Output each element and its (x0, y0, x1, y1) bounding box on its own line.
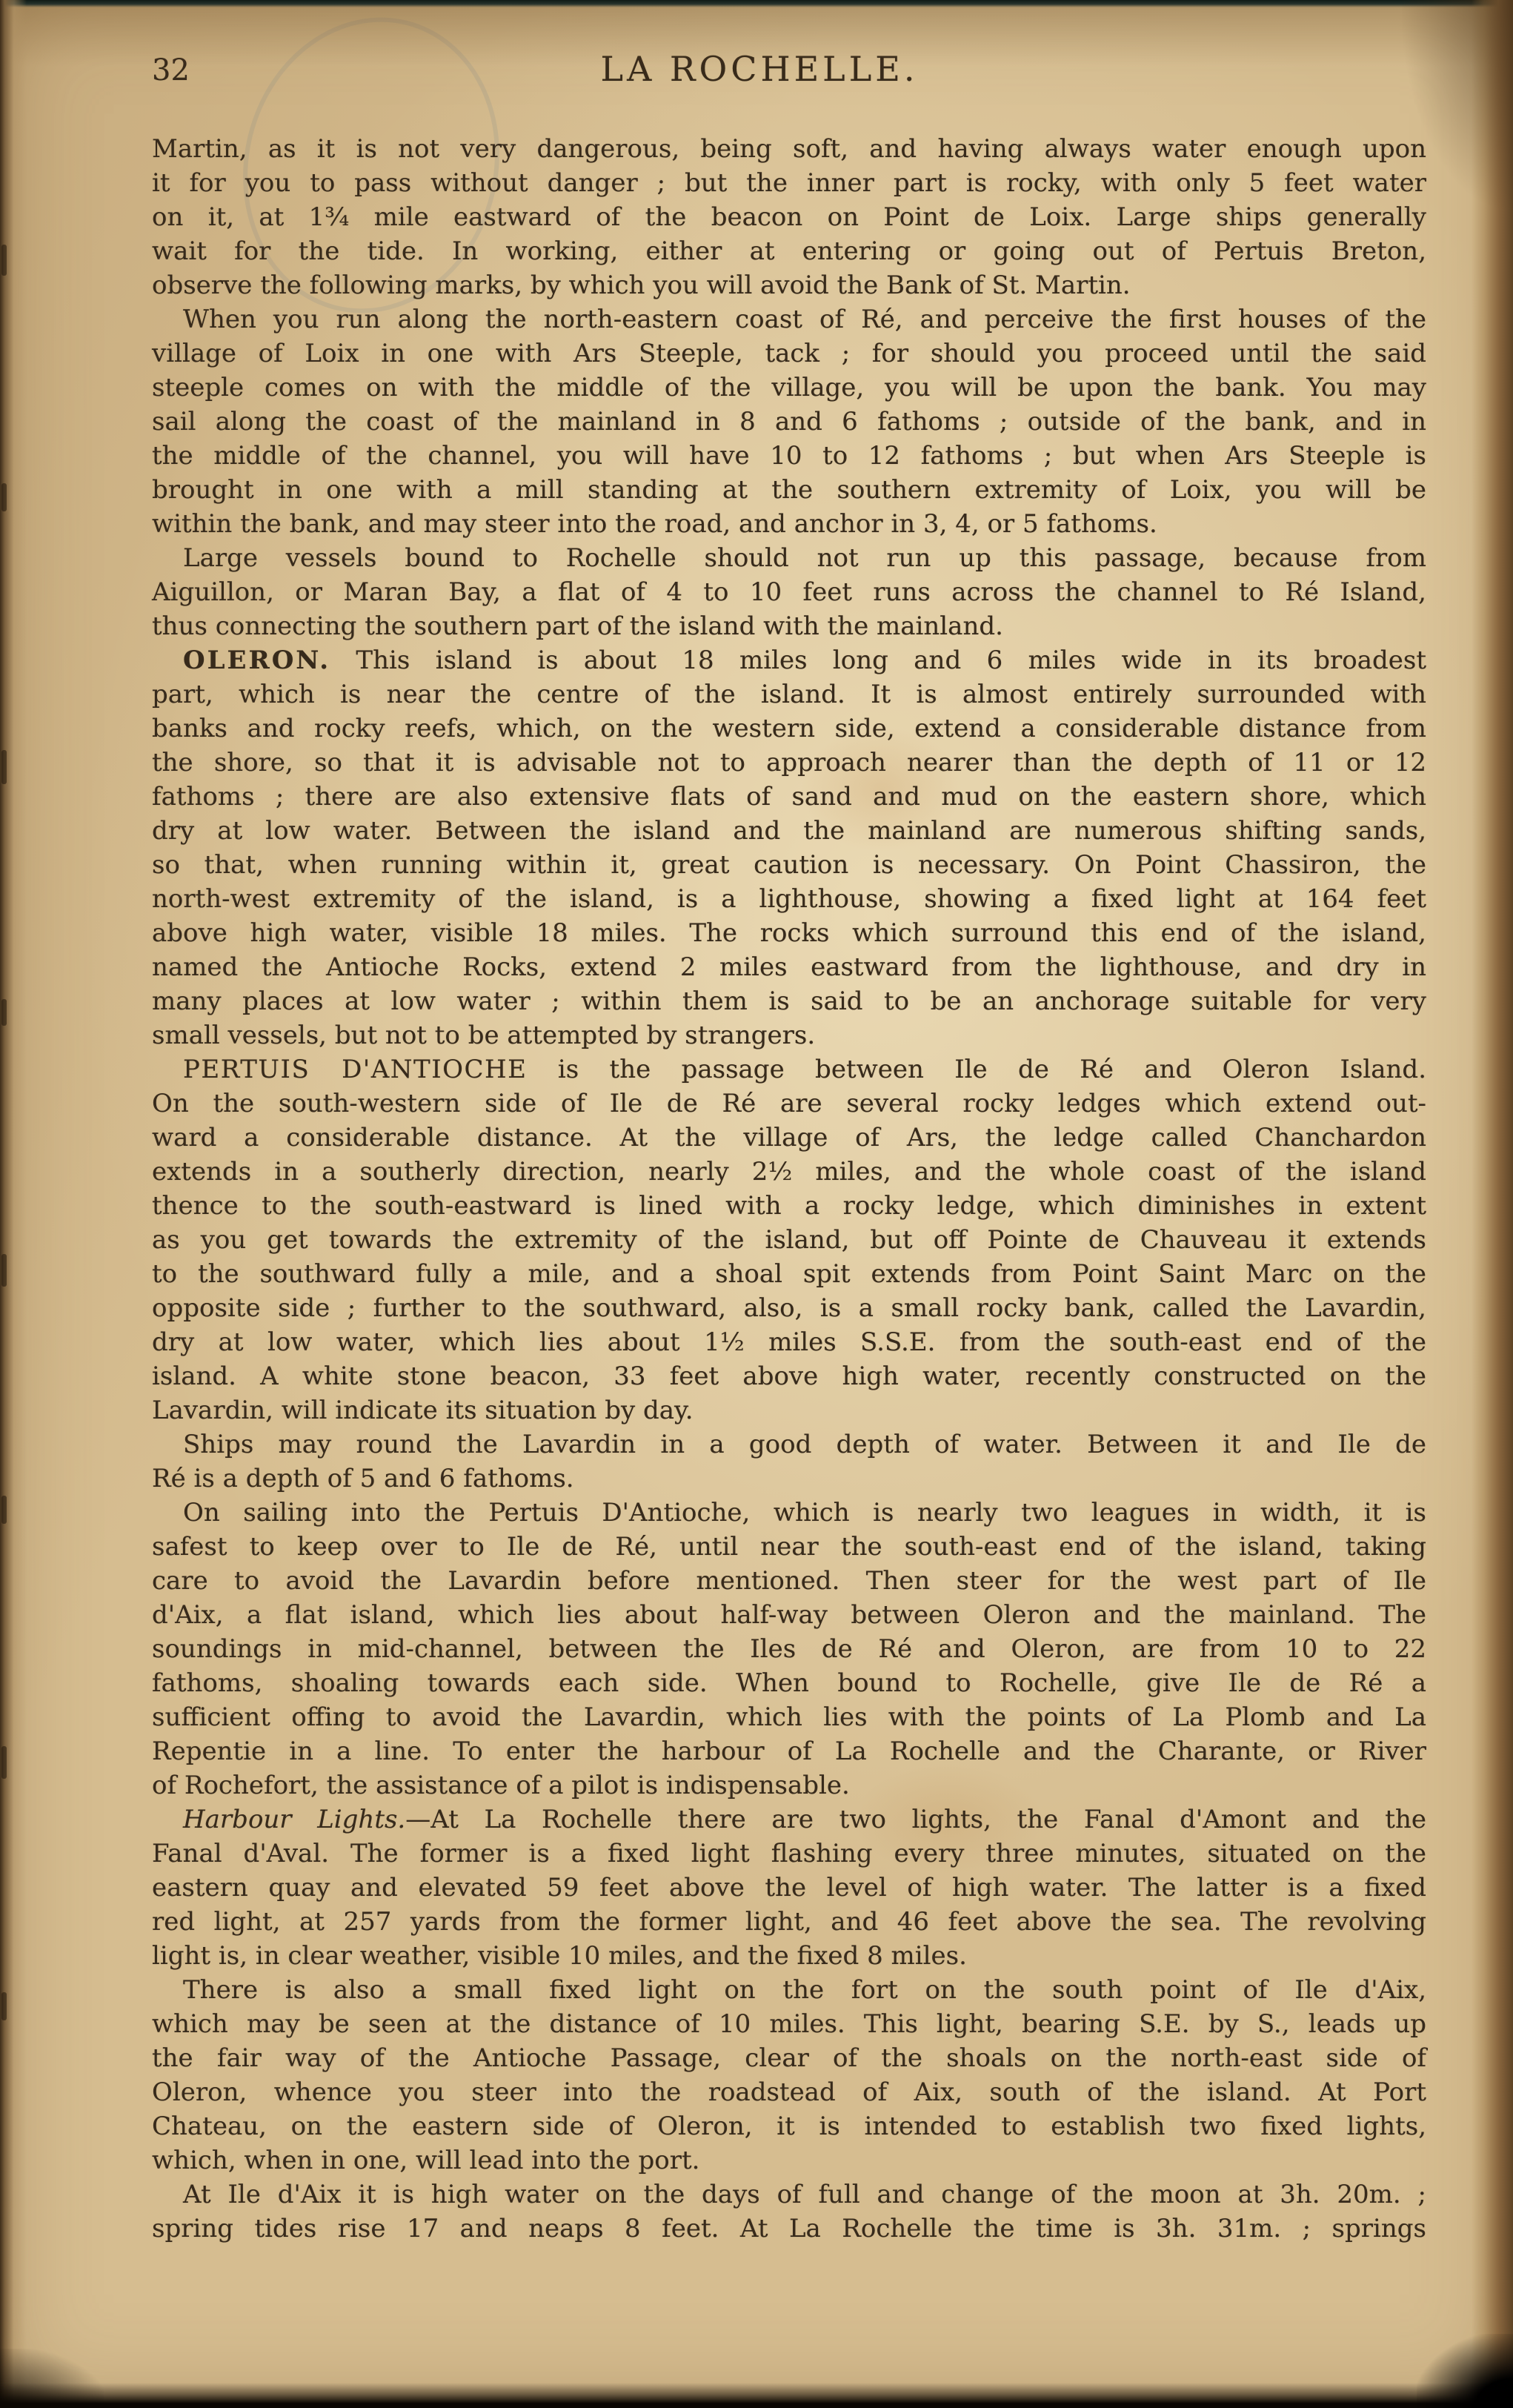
text-segment: Harbour Lights. (183, 1805, 405, 1834)
top-shadow (0, 0, 1513, 67)
text-line: named the Antioche Rocks, extend 2 miles… (152, 950, 1426, 984)
text-segment: above high water, visible 18 miles. The … (152, 918, 1426, 948)
text-segment: on it, at 1¾ mile eastward of the beacon… (152, 202, 1426, 232)
text-line: Repentie in a line. To enter the harbour… (152, 1734, 1426, 1768)
text-segment: At Ile d'Aix it is high water on the day… (183, 2180, 1426, 2209)
text-segment: banks and rocky reefs, which, on the wes… (152, 714, 1426, 743)
paragraph: Ships may round the Lavardin in a good d… (152, 1427, 1426, 1496)
text-line: PERTUIS D'ANTIOCHE is the passage betwee… (152, 1052, 1426, 1087)
text-line: Ré is a depth of 5 and 6 fathoms. (152, 1462, 1426, 1496)
text-segment: Large vessels bound to Rochelle should n… (183, 543, 1426, 573)
text-segment: —At La Rochelle there are two lights, th… (405, 1805, 1426, 1834)
text-line: dry at low water. Between the island and… (152, 814, 1426, 848)
text-line: There is also a small fixed light on the… (152, 1973, 1426, 2007)
text-segment: d'Aix, a flat island, which lies about h… (152, 1600, 1426, 1630)
text-segment: extends in a southerly direction, nearly… (152, 1157, 1426, 1187)
text-segment: opposite side ; further to the southward… (152, 1293, 1426, 1323)
text-segment: many places at low water ; within them i… (152, 986, 1426, 1016)
text-line: thus connecting the southern part of the… (152, 609, 1426, 643)
text-line: On sailing into the Pertuis D'Antioche, … (152, 1496, 1426, 1530)
corner-shadow-bottom-left (0, 2349, 104, 2408)
text-line: of Rochefort, the assistance of a pilot … (152, 1768, 1426, 1802)
text-segment: observe the following marks, by which yo… (152, 271, 1131, 300)
page-edge-bottom (0, 2383, 1513, 2408)
text-line: Fanal d'Aval. The former is a fixed ligh… (152, 1837, 1426, 1871)
paragraph: Harbour Lights.—At La Rochelle there are… (152, 1802, 1426, 1973)
text-segment: This island is about 18 miles long and 6… (330, 646, 1426, 675)
text-line: within the bank, and may steer into the … (152, 507, 1426, 541)
text-segment: Chateau, on the eastern side of Oleron, … (152, 2112, 1426, 2141)
text-line: care to avoid the Lavardin before mentio… (152, 1564, 1426, 1598)
text-line: spring tides rise 17 and neaps 8 feet. A… (152, 2212, 1426, 2246)
text-segment: part, which is near the centre of the is… (152, 680, 1426, 709)
text-line: eastern quay and elevated 59 feet above … (152, 1871, 1426, 1905)
text-line: d'Aix, a flat island, which lies about h… (152, 1598, 1426, 1632)
text-line: as you get towards the extremity of the … (152, 1223, 1426, 1257)
text-segment: Ships may round the Lavardin in a good d… (183, 1430, 1426, 1459)
page-paper: 32 LA ROCHELLE. Martin, as it is not ver… (0, 0, 1513, 2408)
text-line: extends in a southerly direction, nearly… (152, 1155, 1426, 1189)
text-segment: within the bank, and may steer into the … (152, 509, 1157, 539)
text-segment: dry at low water. Between the island and… (152, 816, 1426, 846)
text-line: safest to keep over to Ile de Ré, until … (152, 1530, 1426, 1564)
text-segment: the shore, so that it is advisable not t… (152, 748, 1426, 777)
text-segment: island. A white stone beacon, 33 feet ab… (152, 1361, 1426, 1391)
corner-shadow-bottom-right (1417, 2334, 1513, 2408)
text-segment: PERTUIS D'ANTIOCHE (183, 1055, 528, 1084)
text-segment: which may be seen at the distance of 10 … (152, 2009, 1426, 2039)
text-line: When you run along the north-eastern coa… (152, 302, 1426, 336)
text-segment: soundings in mid-channel, between the Il… (152, 1634, 1426, 1664)
paragraph: Martin, as it is not very dangerous, bei… (152, 132, 1426, 302)
text-segment: Aiguillon, or Maran Bay, a flat of 4 to … (152, 577, 1426, 607)
text-line: steeple comes on with the middle of the … (152, 371, 1426, 405)
text-line: Oleron, whence you steer into the roadst… (152, 2075, 1426, 2109)
text-line: island. A white stone beacon, 33 feet ab… (152, 1359, 1426, 1393)
text-segment: Oleron, whence you steer into the roadst… (152, 2077, 1426, 2107)
text-line: it for you to pass without danger ; but … (152, 166, 1426, 200)
text-line: thence to the south-eastward is lined wi… (152, 1189, 1426, 1223)
text-line: which, when in one, will lead into the p… (152, 2143, 1426, 2178)
text-segment: light is, in clear weather, visible 10 m… (152, 1941, 967, 1971)
text-segment: Martin, as it is not very dangerous, bei… (152, 134, 1426, 164)
text-segment: eastern quay and elevated 59 feet above … (152, 1873, 1426, 1903)
text-segment: Lavardin, will indicate its situation by… (152, 1396, 694, 1425)
text-line: soundings in mid-channel, between the Il… (152, 1632, 1426, 1666)
text-line: Ships may round the Lavardin in a good d… (152, 1427, 1426, 1462)
text-segment: On sailing into the Pertuis D'Antioche, … (183, 1498, 1426, 1528)
text-line: many places at low water ; within them i… (152, 984, 1426, 1018)
text-segment: wait for the tide. In working, either at… (152, 236, 1426, 266)
paragraph: Large vessels bound to Rochelle should n… (152, 541, 1426, 643)
binding-mark (1, 999, 7, 1026)
corner-shadow-top-right (1402, 0, 1513, 208)
text-line: sufficient offing to avoid the Lavardin,… (152, 1700, 1426, 1734)
text-segment: There is also a small fixed light on the… (183, 1975, 1426, 2005)
paragraph: At Ile d'Aix it is high water on the day… (152, 2178, 1426, 2246)
text-segment: steeple comes on with the middle of the … (152, 373, 1426, 402)
text-line: opposite side ; further to the southward… (152, 1291, 1426, 1325)
text-line: ward a considerable distance. At the vil… (152, 1121, 1426, 1155)
page-edge-top (0, 0, 1513, 7)
paragraph: There is also a small fixed light on the… (152, 1973, 1426, 2178)
paragraph: When you run along the north-eastern coa… (152, 302, 1426, 541)
text-line: wait for the tide. In working, either at… (152, 234, 1426, 268)
text-block: Martin, as it is not very dangerous, bei… (152, 132, 1426, 2246)
text-segment: Ré is a depth of 5 and 6 fathoms. (152, 1464, 574, 1493)
text-segment: thence to the south-eastward is lined wi… (152, 1191, 1426, 1221)
text-segment: red light, at 257 yards from the former … (152, 1907, 1426, 1937)
text-segment: dry at low water, which lies about 1½ mi… (152, 1327, 1426, 1357)
text-line: Martin, as it is not very dangerous, bei… (152, 132, 1426, 166)
text-segment: spring tides rise 17 and neaps 8 feet. A… (152, 2214, 1426, 2243)
text-line: the middle of the channel, you will have… (152, 439, 1426, 473)
text-line: brought in one with a mill standing at t… (152, 473, 1426, 507)
paragraph: On sailing into the Pertuis D'Antioche, … (152, 1496, 1426, 1802)
text-line: observe the following marks, by which yo… (152, 268, 1426, 302)
text-segment: Repentie in a line. To enter the harbour… (152, 1737, 1426, 1766)
book-page-scan: 32 LA ROCHELLE. Martin, as it is not ver… (0, 0, 1513, 2408)
text-line: OLERON. This island is about 18 miles lo… (152, 643, 1426, 677)
text-segment: thus connecting the southern part of the… (152, 611, 1003, 641)
text-segment: named the Antioche Rocks, extend 2 miles… (152, 952, 1426, 982)
text-segment: village of Loix in one with Ars Steeple,… (152, 339, 1426, 368)
text-line: above high water, visible 18 miles. The … (152, 916, 1426, 950)
text-line: to the southward fully a mile, and a sho… (152, 1257, 1426, 1291)
text-line: On the south-western side of Ile de Ré a… (152, 1087, 1426, 1121)
text-line: Harbour Lights.—At La Rochelle there are… (152, 1802, 1426, 1837)
text-segment: is the passage between Ile de Ré and Ole… (528, 1055, 1427, 1084)
text-line: part, which is near the centre of the is… (152, 677, 1426, 712)
text-segment: small vessels, but not to be attempted b… (152, 1021, 815, 1050)
text-segment: Fanal d'Aval. The former is a fixed ligh… (152, 1839, 1426, 1868)
text-line: which may be seen at the distance of 10 … (152, 2007, 1426, 2041)
text-segment: safest to keep over to Ile de Ré, until … (152, 1532, 1426, 1562)
text-line: red light, at 257 yards from the former … (152, 1905, 1426, 1939)
binding-mark (1, 483, 7, 511)
text-line: north-west extremity of the island, is a… (152, 882, 1426, 916)
text-line: Chateau, on the eastern side of Oleron, … (152, 2109, 1426, 2143)
text-line: on it, at 1¾ mile eastward of the beacon… (152, 200, 1426, 234)
text-line: fathoms, shoaling towards each side. Whe… (152, 1666, 1426, 1700)
paragraph: PERTUIS D'ANTIOCHE is the passage betwee… (152, 1052, 1426, 1427)
text-segment: OLERON. (183, 646, 330, 675)
text-line: Large vessels bound to Rochelle should n… (152, 541, 1426, 575)
text-line: village of Loix in one with Ars Steeple,… (152, 336, 1426, 371)
text-segment: to the southward fully a mile, and a sho… (152, 1259, 1426, 1289)
paragraph: OLERON. This island is about 18 miles lo… (152, 643, 1426, 1052)
text-line: banks and rocky reefs, which, on the wes… (152, 712, 1426, 746)
binding-edge-left (0, 0, 27, 2408)
text-line: the shore, so that it is advisable not t… (152, 746, 1426, 780)
text-segment: north-west extremity of the island, is a… (152, 884, 1426, 914)
text-line: sail along the coast of the mainland in … (152, 405, 1426, 439)
binding-mark (1, 1496, 7, 1524)
binding-mark (1, 1746, 7, 1779)
text-segment: the fair way of the Antioche Passage, cl… (152, 2043, 1426, 2073)
text-segment: On the south-western side of Ile de Ré a… (152, 1089, 1426, 1118)
text-segment: ward a considerable distance. At the vil… (152, 1123, 1426, 1152)
binding-mark (1, 750, 7, 784)
binding-mark (1, 1992, 7, 2020)
text-segment: sail along the coast of the mainland in … (152, 407, 1426, 437)
text-segment: as you get towards the extremity of the … (152, 1225, 1426, 1255)
text-segment: it for you to pass without danger ; but … (152, 168, 1426, 198)
text-line: Lavardin, will indicate its situation by… (152, 1393, 1426, 1427)
text-segment: fathoms ; there are also extensive flats… (152, 782, 1426, 812)
text-line: so that, when running within it, great c… (152, 848, 1426, 882)
text-line: small vessels, but not to be attempted b… (152, 1018, 1426, 1052)
text-segment: When you run along the north-eastern coa… (183, 305, 1426, 334)
text-segment: the middle of the channel, you will have… (152, 441, 1426, 471)
text-segment: brought in one with a mill standing at t… (152, 475, 1426, 505)
text-segment: fathoms, shoaling towards each side. Whe… (152, 1668, 1426, 1698)
text-line: dry at low water, which lies about 1½ mi… (152, 1325, 1426, 1359)
text-segment: sufficient offing to avoid the Lavardin,… (152, 1702, 1426, 1732)
text-segment: of Rochefort, the assistance of a pilot … (152, 1771, 850, 1800)
text-line: At Ile d'Aix it is high water on the day… (152, 2178, 1426, 2212)
binding-mark (1, 245, 7, 276)
text-line: Aiguillon, or Maran Bay, a flat of 4 to … (152, 575, 1426, 609)
text-line: the fair way of the Antioche Passage, cl… (152, 2041, 1426, 2075)
binding-mark (1, 1254, 7, 1287)
text-segment: so that, when running within it, great c… (152, 850, 1426, 880)
text-line: light is, in clear weather, visible 10 m… (152, 1939, 1426, 1973)
text-segment: care to avoid the Lavardin before mentio… (152, 1566, 1426, 1596)
page-stack-edge-right (1472, 0, 1513, 2408)
text-line: fathoms ; there are also extensive flats… (152, 780, 1426, 814)
text-segment: which, when in one, will lead into the p… (152, 2146, 699, 2175)
